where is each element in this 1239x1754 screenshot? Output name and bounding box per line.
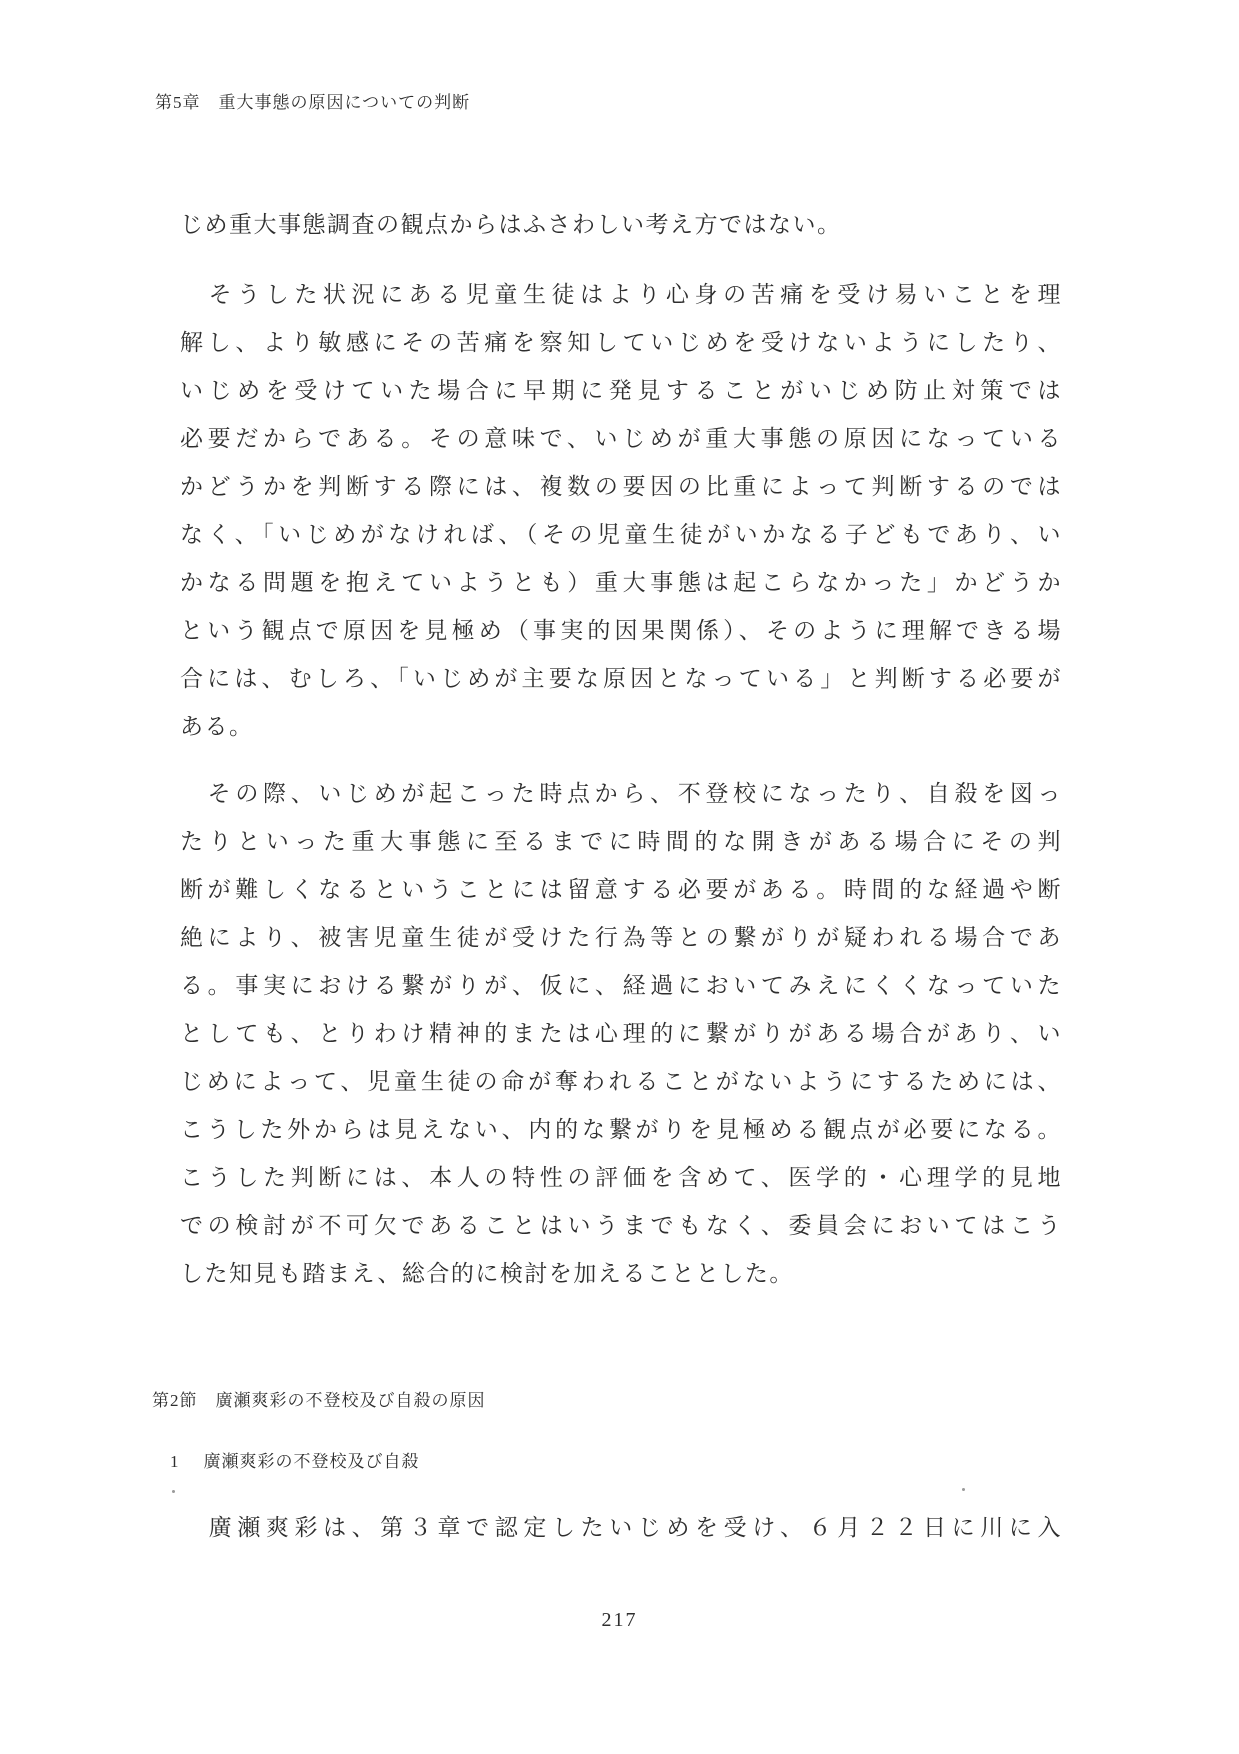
subsection-number: 1 [170,1450,180,1474]
closing-paragraph-line: 廣瀬爽彩は、第３章で認定したいじめを受け、６月２２日に川に入 [180,1504,1062,1552]
paragraph-1: そうした状況にある児童生徒はより心身の苦痛を受け易いことを理 解し、より敏感にそ… [180,271,1062,751]
text-line: かどうかを判断する際には、複数の要因の比重によって判断するのでは [180,463,1062,511]
scan-speck [172,1490,175,1493]
text-line: としても、とりわけ精神的または心理的に繋がりがある場合があり、い [180,1010,1062,1058]
text-line: こうした外からは見えない、内的な繋がりを見極める観点が必要になる。 [180,1106,1062,1154]
document-page: 第5章 重大事態の原因についての判断 じめ重大事態調査の観点からはふさわしい考え… [0,0,1239,1754]
text-line: した知見も踏まえ、総合的に検討を加えることとした。 [180,1250,1062,1298]
scan-speck [962,1488,965,1491]
text-line: 絶により、被害児童生徒が受けた行為等との繋がりが疑われる場合であ [180,914,1062,962]
text-line: かなる問題を抱えていようとも）重大事態は起こらなかった」かどうか [180,559,1062,607]
body-text: じめ重大事態調査の観点からはふさわしい考え方ではない。 そうした状況にある児童生… [180,201,1062,1298]
text-line: 断が難しくなるということには留意する必要がある。時間的な経過や断 [180,866,1062,914]
text-line: 合には、むしろ、「いじめが主要な原因となっている」と判断する必要が [180,655,1062,703]
text-line: での検討が不可欠であることはいうまでもなく、委員会においてはこう [180,1202,1062,1250]
text-line: という観点で原因を見極め（事実的因果関係）、そのように理解できる場 [180,607,1062,655]
subsection-title: 廣瀬爽彩の不登校及び自殺 [204,1452,420,1471]
subsection-heading: 1廣瀬爽彩の不登校及び自殺 [170,1450,420,1474]
text-line: る。事実における繋がりが、仮に、経過においてみえにくくなっていた [180,962,1062,1010]
chapter-header: 第5章 重大事態の原因についての判断 [155,91,470,115]
paragraph-2: その際、いじめが起こった時点から、不登校になったり、自殺を図っ たりといった重大… [180,770,1062,1298]
section-heading: 第2節 廣瀬爽彩の不登校及び自殺の原因 [152,1389,486,1413]
text-line: たりといった重大事態に至るまでに時間的な開きがある場合にその判 [180,818,1062,866]
text-line: じめによって、児童生徒の命が奪われることがないようにするためには、 [180,1058,1062,1106]
text-line: そうした状況にある児童生徒はより心身の苦痛を受け易いことを理 [180,271,1062,319]
text-line: いじめを受けていた場合に早期に発見することがいじめ防止対策では [180,367,1062,415]
text-line: ある。 [180,703,1062,751]
text-line: その際、いじめが起こった時点から、不登校になったり、自殺を図っ [180,770,1062,818]
page-number: 217 [0,1608,1239,1632]
text-line: 必要だからである。その意味で、いじめが重大事態の原因になっている [180,415,1062,463]
text-line: 解し、より敏感にその苦痛を察知していじめを受けないようにしたり、 [180,319,1062,367]
text-line: なく、「いじめがなければ、（その児童生徒がいかなる子どもであり、い [180,511,1062,559]
text-line: こうした判断には、本人の特性の評価を含めて、医学的・心理学的見地 [180,1154,1062,1202]
text-line-continuation: じめ重大事態調査の観点からはふさわしい考え方ではない。 [180,201,1062,249]
